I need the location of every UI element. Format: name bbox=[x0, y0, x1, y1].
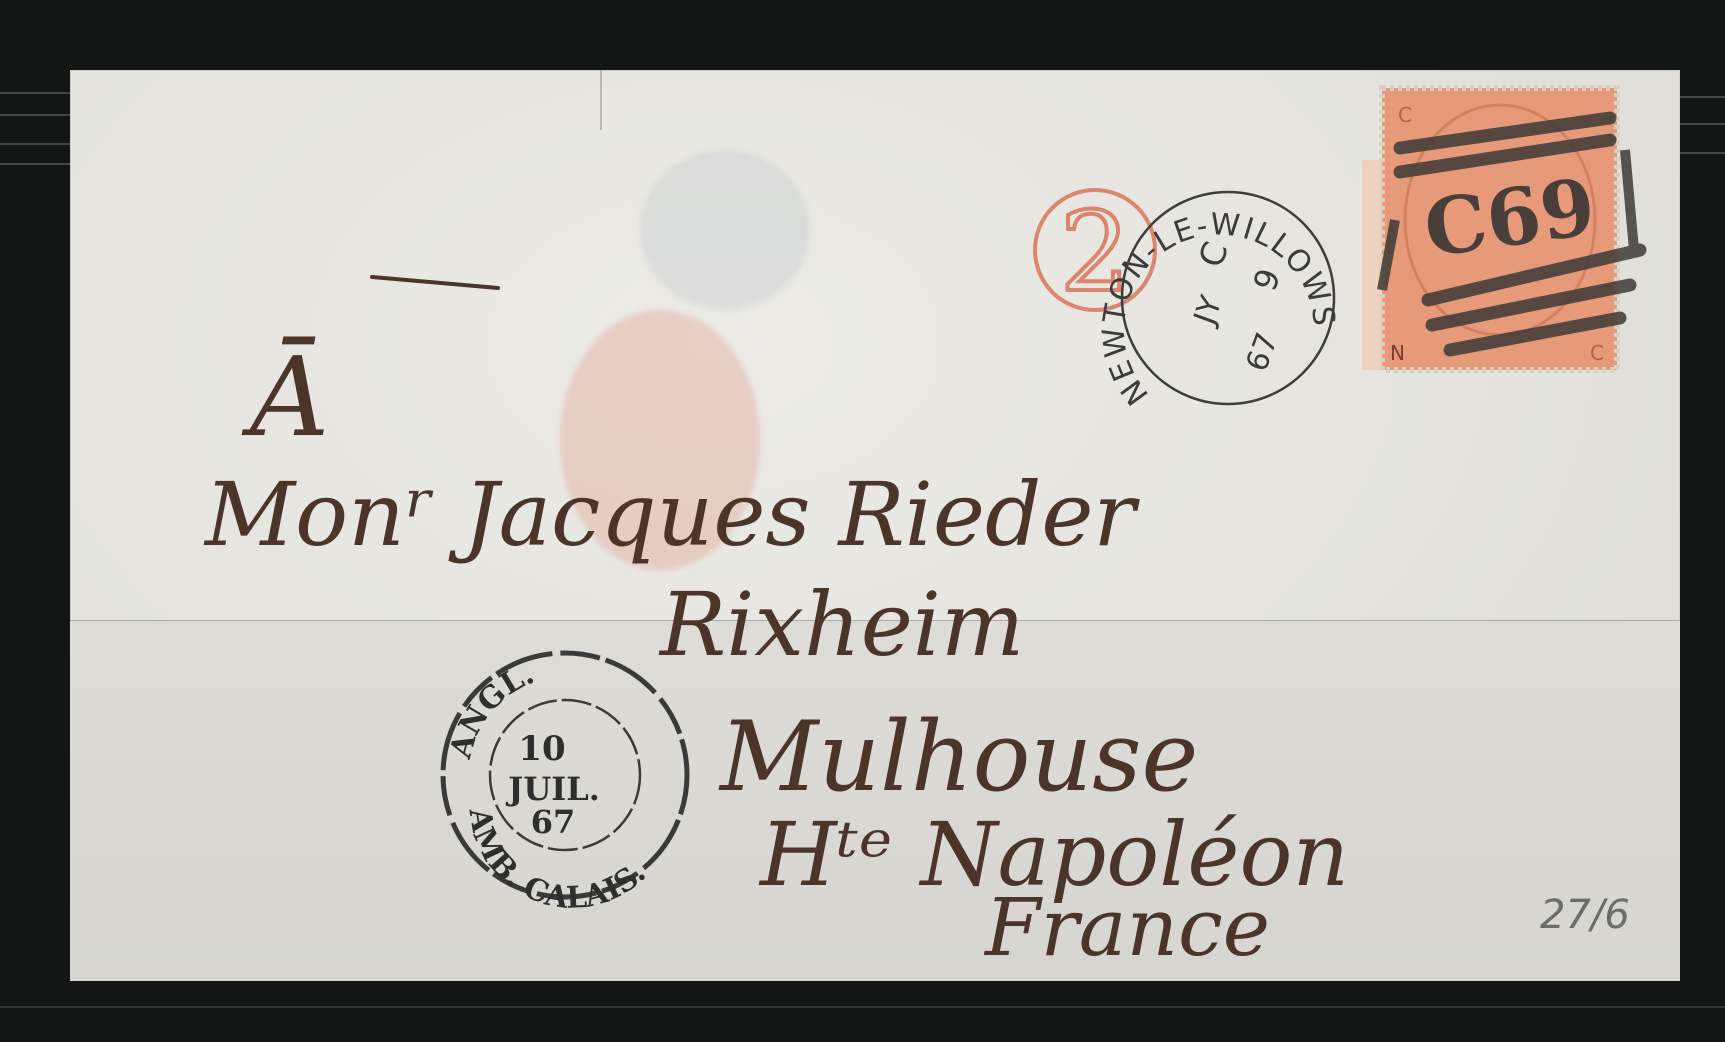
svg-text:C: C bbox=[1590, 341, 1604, 365]
svg-text:Monʳ Jacques Rieder: Monʳ Jacques Rieder bbox=[203, 463, 1140, 566]
french-entry-postmark: ANGL. AMB. CALAIS. 10 JUIL. 67 bbox=[443, 653, 687, 916]
svg-text:Mulhouse: Mulhouse bbox=[718, 701, 1198, 813]
svg-text:67: 67 bbox=[1239, 328, 1285, 376]
svg-text:France: France bbox=[983, 881, 1270, 974]
svg-text:C: C bbox=[1398, 103, 1412, 127]
pencil-notation: 27/6 bbox=[1540, 892, 1630, 938]
origin-postmark: NEWTON-LE-WILLOWS C 9 JY 67 bbox=[1096, 192, 1341, 411]
svg-text:67: 67 bbox=[531, 803, 576, 841]
cover-markings: 2 NEWTON-LE-WILLOWS C 9 JY 67 C N C C69 bbox=[0, 0, 1725, 1042]
svg-text:JY: JY bbox=[1187, 291, 1230, 331]
svg-text:N: N bbox=[1390, 341, 1405, 365]
svg-text:Ā: Ā bbox=[241, 333, 329, 461]
svg-text:Rixheim: Rixheim bbox=[658, 573, 1024, 676]
handwritten-address: Ā Monʳ Jacques Rieder Rixheim Mulhouse H… bbox=[203, 277, 1349, 974]
svg-text:10: 10 bbox=[518, 729, 565, 769]
